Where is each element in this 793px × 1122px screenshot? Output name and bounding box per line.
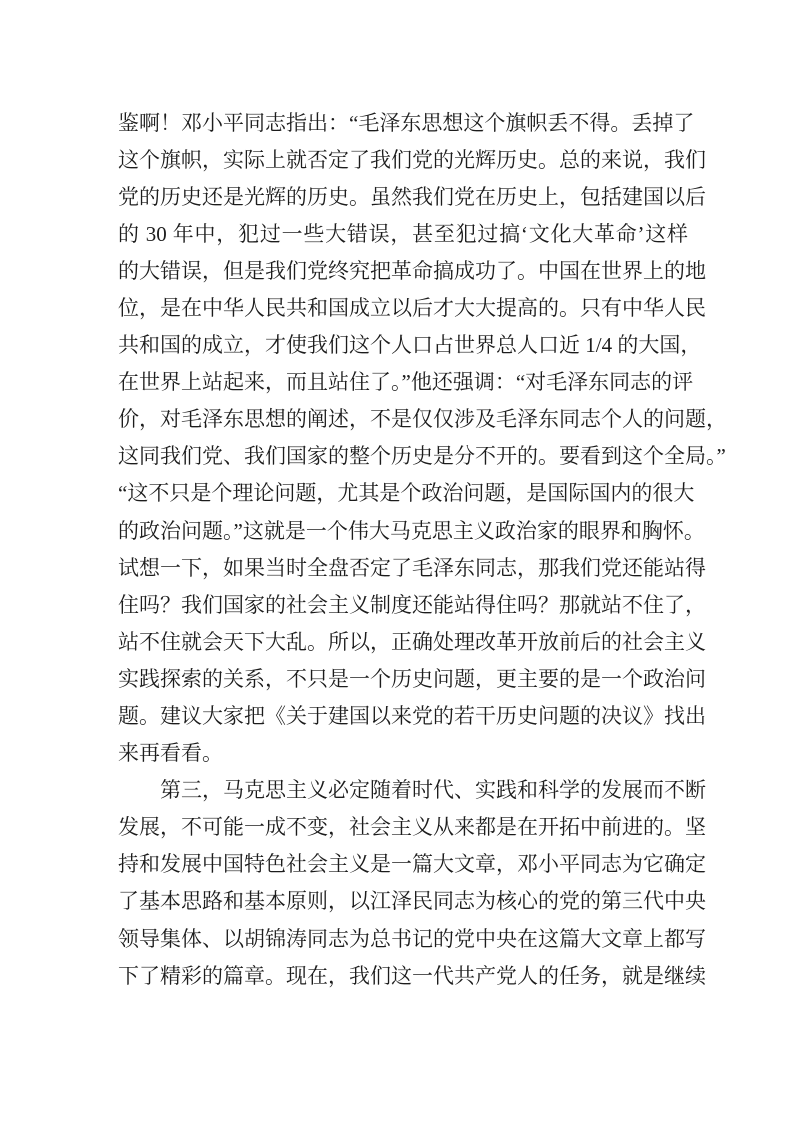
text-line: 站不住就会天下大乱。所以，正确处理改革开放前后的社会主义 — [118, 624, 688, 661]
text-line: 第三，马克思主义必定随着时代、实践和科学的发展而不断 — [118, 772, 688, 809]
text-line: 领导集体、以胡锦涛同志为总书记的党中央在这篇大文章上都写 — [118, 921, 688, 958]
text-line: 这同我们党、我们国家的整个历史是分不开的。要看到这个全局。” — [118, 438, 688, 475]
text-line: 实践探索的关系，不只是一个历史问题，更主要的是一个政治问 — [118, 661, 688, 698]
text-line: 试想一下，如果当时全盘否定了毛泽东同志，那我们党还能站得 — [118, 550, 688, 587]
document-body: 鉴啊！邓小平同志指出：“毛泽东思想这个旗帜丢不得。丢掉了 这个旗帜，实际上就否定… — [118, 105, 688, 995]
text-line: 党的历史还是光辉的历史。虽然我们党在历史上，包括建国以后 — [118, 179, 688, 216]
text-line: 了基本思路和基本原则，以江泽民同志为核心的党的第三代中央 — [118, 883, 688, 920]
paragraph-1: 鉴啊！邓小平同志指出：“毛泽东思想这个旗帜丢不得。丢掉了 这个旗帜，实际上就否定… — [118, 105, 688, 773]
document-page: 鉴啊！邓小平同志指出：“毛泽东思想这个旗帜丢不得。丢掉了 这个旗帜，实际上就否定… — [0, 0, 793, 1122]
text-line: 住吗？我们国家的社会主义制度还能站得住吗？那就站不住了， — [118, 587, 688, 624]
text-line: 的大错误，但是我们党终究把革命搞成功了。中国在世界上的地 — [118, 253, 688, 290]
text-line: 共和国的成立，才使我们这个人口占世界总人口近 1/4 的大国， — [118, 327, 688, 364]
text-line: 题。建议大家把《关于建国以来党的若干历史问题的决议》找出 — [118, 698, 688, 735]
text-line: 位，是在中华人民共和国成立以后才大大提高的。只有中华人民 — [118, 290, 688, 327]
text-line: 在世界上站起来，而且站住了。”他还强调：“对毛泽东同志的评 — [118, 364, 688, 401]
paragraph-2: 第三，马克思主义必定随着时代、实践和科学的发展而不断 发展，不可能一成不变，社会… — [118, 772, 688, 995]
text-line: 持和发展中国特色社会主义是一篇大文章，邓小平同志为它确定 — [118, 846, 688, 883]
text-line: 来再看看。 — [118, 735, 688, 772]
text-line: “这不只是个理论问题，尤其是个政治问题，是国际国内的很大 — [118, 475, 688, 512]
text-line: 价，对毛泽东思想的阐述，不是仅仅涉及毛泽东同志个人的问题， — [118, 401, 688, 438]
text-line: 的政治问题。”这就是一个伟大马克思主义政治家的眼界和胸怀。 — [118, 513, 688, 550]
text-line: 下了精彩的篇章。现在，我们这一代共产党人的任务，就是继续 — [118, 958, 688, 995]
text-line: 这个旗帜，实际上就否定了我们党的光辉历史。总的来说，我们 — [118, 142, 688, 179]
text-line: 发展，不可能一成不变，社会主义从来都是在开拓中前进的。坚 — [118, 809, 688, 846]
text-line: 鉴啊！邓小平同志指出：“毛泽东思想这个旗帜丢不得。丢掉了 — [118, 105, 688, 142]
text-line: 的 30 年中，犯过一些大错误，甚至犯过搞‘文化大革命’这样 — [118, 216, 688, 253]
